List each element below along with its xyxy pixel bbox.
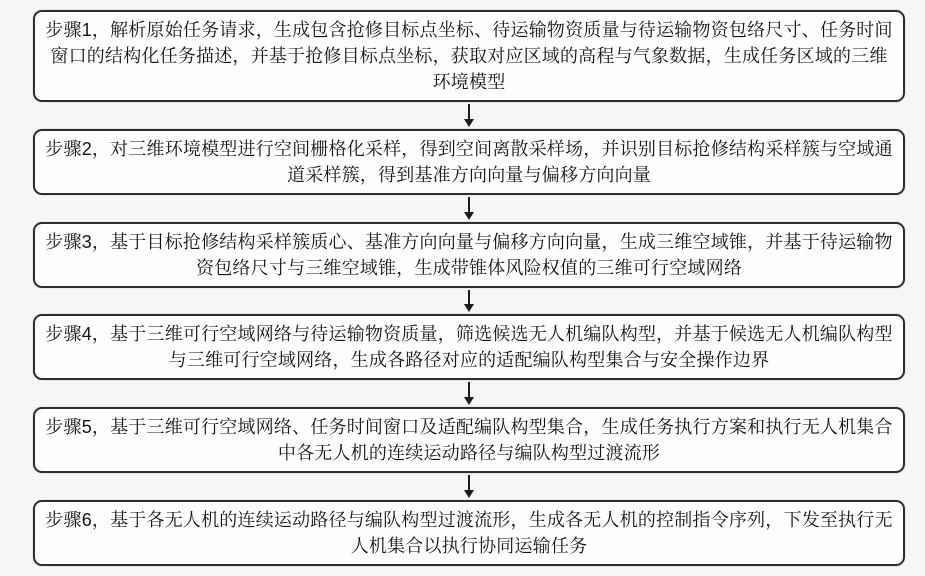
step-3-text: 步骤3，基于目标抢修结构采样簇质心、基准方向向量与偏移方向向量，生成三维空域锥，… xyxy=(45,229,893,281)
step-3-box: 步骤3，基于目标抢修结构采样簇质心、基准方向向量与偏移方向向量，生成三维空域锥，… xyxy=(33,222,905,288)
step-5-text: 步骤5，基于三维可行空域网络、任务时间窗口及适配编队构型集合，生成任务执行方案和… xyxy=(45,414,893,466)
arrow-down-icon xyxy=(464,212,474,220)
arrow-down-icon xyxy=(464,304,474,312)
connector-3-4 xyxy=(33,288,905,315)
arrow-shaft xyxy=(468,197,470,213)
step-6-text: 步骤6，基于各无人机的连续运动路径与编队构型过渡流形，生成各无人机的控制指令序列… xyxy=(45,507,893,559)
arrow-shaft xyxy=(468,290,470,306)
step-4-text: 步骤4，基于三维可行空域网络与待运输物资质量，筛选候选无人机编队构型，并基于候选… xyxy=(45,321,893,373)
arrow-down-icon xyxy=(464,490,474,498)
step-2-box: 步骤2，对三维环境模型进行空间栅格化采样，得到空间离散采样场，并识别目标抢修结构… xyxy=(33,129,905,195)
arrow-shaft xyxy=(468,475,470,491)
connector-1-2 xyxy=(33,102,905,129)
arrow-shaft xyxy=(468,104,470,120)
step-6-box: 步骤6，基于各无人机的连续运动路径与编队构型过渡流形，生成各无人机的控制指令序列… xyxy=(33,500,905,566)
step-4-box: 步骤4，基于三维可行空域网络与待运输物资质量，筛选候选无人机编队构型，并基于候选… xyxy=(33,314,905,380)
flowchart: 步骤1，解析原始任务请求，生成包含抢修目标点坐标、待运输物资质量与待运输物资包络… xyxy=(0,0,925,576)
step-2-text: 步骤2，对三维环境模型进行空间栅格化采样，得到空间离散采样场，并识别目标抢修结构… xyxy=(45,136,893,188)
step-1-text: 步骤1，解析原始任务请求，生成包含抢修目标点坐标、待运输物资质量与待运输物资包络… xyxy=(45,17,893,95)
connector-4-5 xyxy=(33,380,905,407)
connector-5-6 xyxy=(33,473,905,500)
arrow-shaft xyxy=(468,382,470,398)
step-5-box: 步骤5，基于三维可行空域网络、任务时间窗口及适配编队构型集合，生成任务执行方案和… xyxy=(33,407,905,473)
arrow-down-icon xyxy=(464,119,474,127)
step-1-box: 步骤1，解析原始任务请求，生成包含抢修目标点坐标、待运输物资质量与待运输物资包络… xyxy=(33,10,905,102)
connector-2-3 xyxy=(33,195,905,222)
arrow-down-icon xyxy=(464,397,474,405)
